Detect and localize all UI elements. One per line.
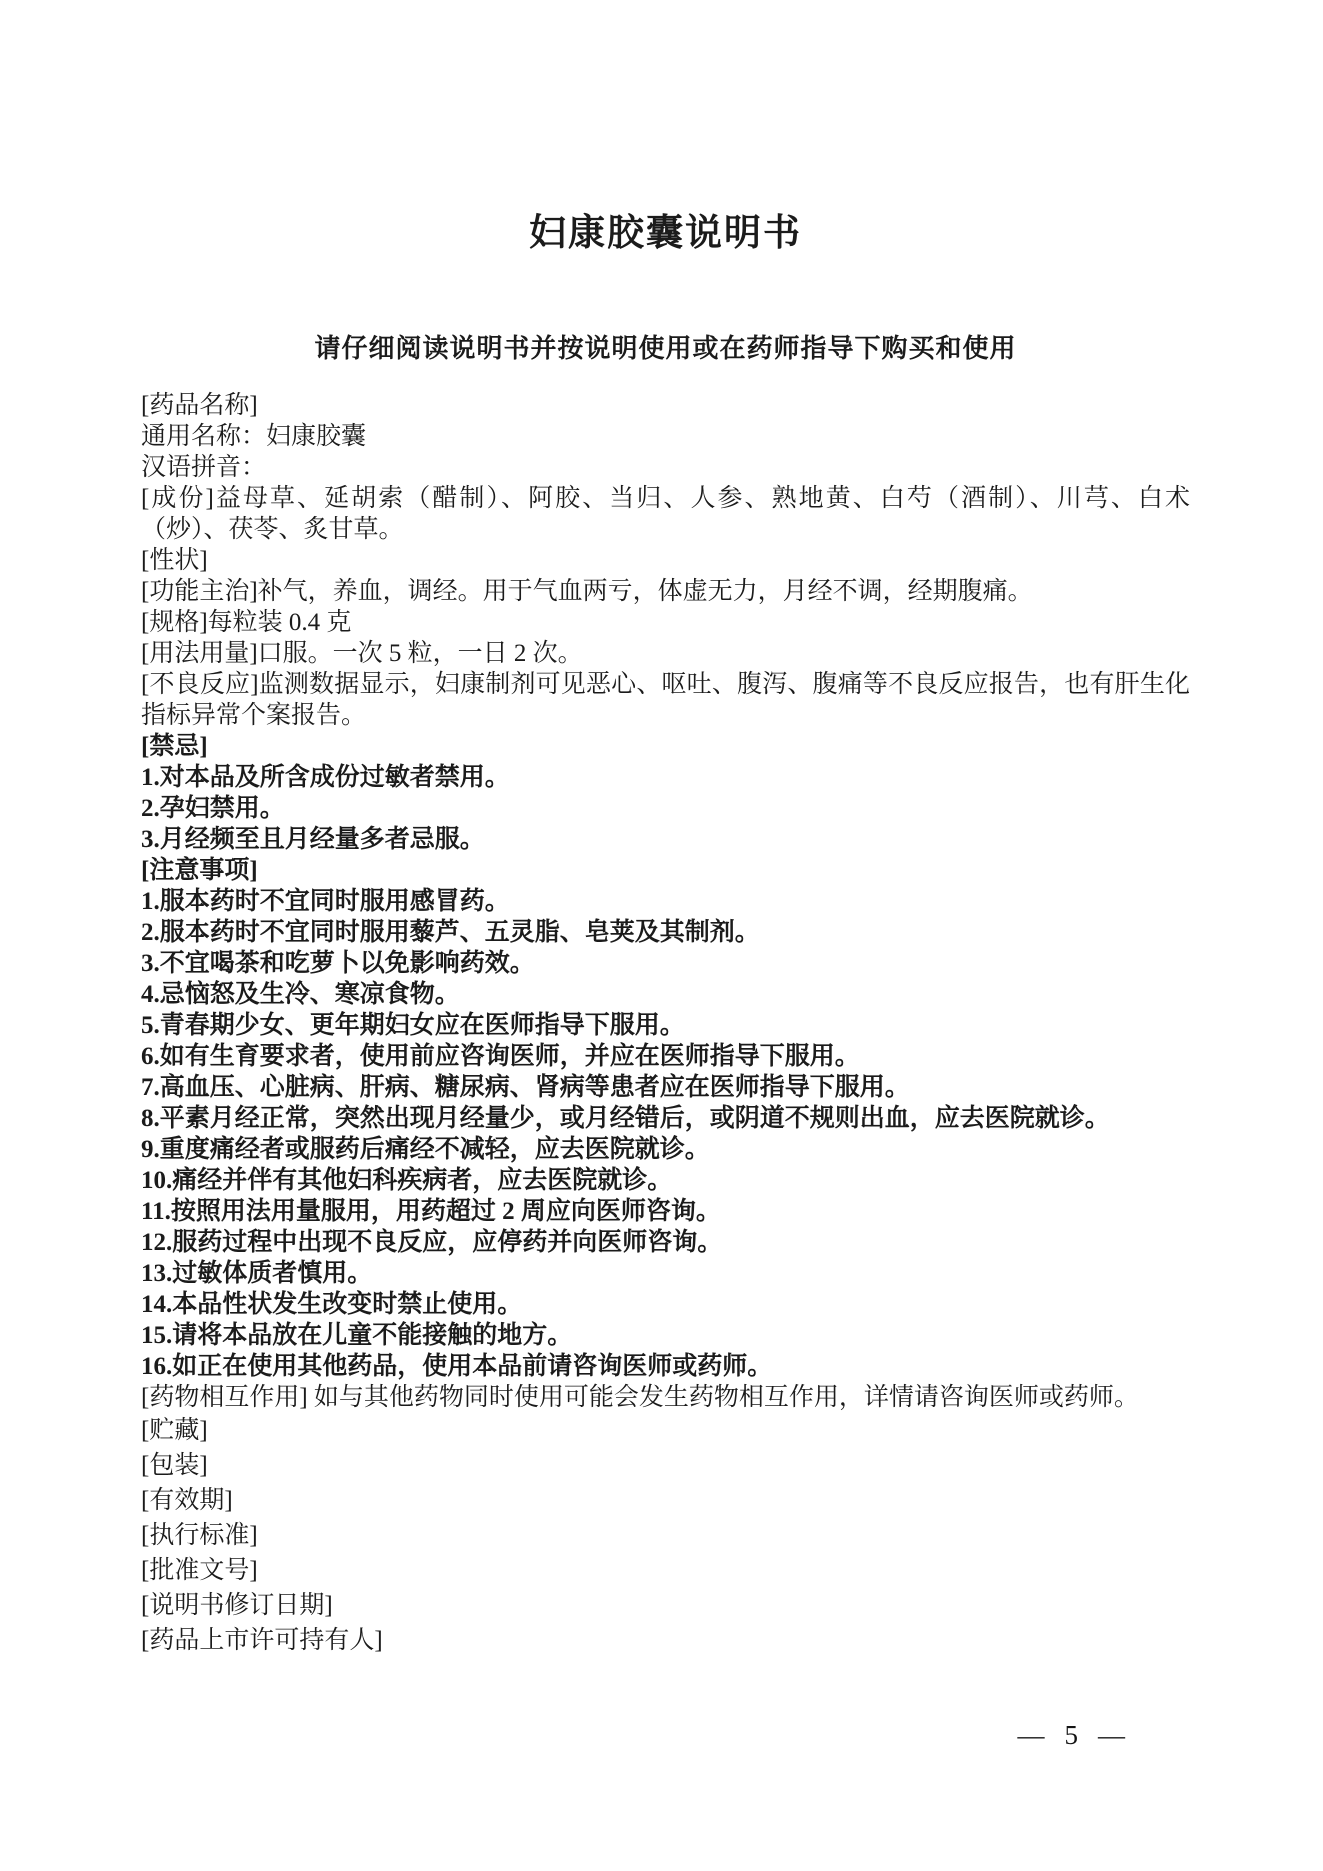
document-content: 妇康胶囊说明书 请仔细阅读说明书并按说明使用或在药师指导下购买和使用 [药品名称… [141,0,1190,1658]
paragraph-line: [说明书修订日期] [141,1588,1190,1623]
paragraph-line: [有效期] [141,1483,1190,1518]
document-subtitle: 请仔细阅读说明书并按说明使用或在药师指导下购买和使用 [141,332,1190,366]
paragraph-line: 12.服药过程中出现不良反应，应停药并向医师咨询。 [141,1227,1190,1258]
paragraph-line: 15.请将本品放在儿童不能接触的地方。 [141,1320,1190,1351]
paragraph-line: [执行标准] [141,1518,1190,1553]
paragraph-line: [药品上市许可持有人] [141,1623,1190,1658]
paragraph-line: 9.重度痛经者或服药后痛经不减轻，应去医院就诊。 [141,1134,1190,1165]
paragraph-line: [包装] [141,1448,1190,1483]
paragraph-line: [功能主治]补气，养血，调经。用于气血两亏，体虚无力，月经不调，经期腹痛。 [141,576,1190,607]
page-number: —5— [1018,1720,1126,1751]
page-number-right-dash: — [1098,1720,1125,1750]
document-body: [药品名称]通用名称：妇康胶囊汉语拼音：[成份]益母草、延胡索（醋制）、阿胶、当… [141,390,1190,1658]
paragraph-line: [药品名称] [141,390,1190,421]
paragraph-line: 16.如正在使用其他药品，使用本品前请咨询医师或药师。 [141,1351,1190,1382]
document-page: 妇康胶囊说明书 请仔细阅读说明书并按说明使用或在药师指导下购买和使用 [药品名称… [0,0,1323,1871]
paragraph-line: 10.痛经并伴有其他妇科疾病者，应去医院就诊。 [141,1165,1190,1196]
paragraph-line: 1.服本药时不宜同时服用感冒药。 [141,886,1190,917]
paragraph-line: 2.服本药时不宜同时服用藜芦、五灵脂、皂荚及其制剂。 [141,917,1190,948]
paragraph-line: [药物相互作用] 如与其他药物同时使用可能会发生药物相互作用，详情请咨询医师或药… [141,1382,1190,1413]
paragraph-line: 11.按照用法用量服用，用药超过 2 周应向医师咨询。 [141,1196,1190,1227]
paragraph-line: [规格]每粒装 0.4 克 [141,607,1190,638]
paragraph-line: 13.过敏体质者慎用。 [141,1258,1190,1289]
paragraph-line: 1.对本品及所含成份过敏者禁用。 [141,762,1190,793]
paragraph-line: 8.平素月经正常，突然出现月经量少，或月经错后，或阴道不规则出血，应去医院就诊。 [141,1103,1190,1134]
paragraph-line: 通用名称：妇康胶囊 [141,421,1190,452]
document-title: 妇康胶囊说明书 [141,210,1190,258]
paragraph-line: 3.月经频至且月经量多者忌服。 [141,824,1190,855]
page-number-left-dash: — [1018,1720,1045,1750]
paragraph-line: 4.忌恼怒及生冷、寒凉食物。 [141,979,1190,1010]
paragraph-line: [性状] [141,545,1190,576]
paragraph-line: [批准文号] [141,1553,1190,1588]
paragraph-line: 6.如有生育要求者，使用前应咨询医师，并应在医师指导下服用。 [141,1041,1190,1072]
paragraph-line: [不良反应]监测数据显示，妇康制剂可见恶心、呕吐、腹泻、腹痛等不良反应报告，也有… [141,669,1190,731]
paragraph-line: 2.孕妇禁用。 [141,793,1190,824]
paragraph-line: 7.高血压、心脏病、肝病、糖尿病、肾病等患者应在医师指导下服用。 [141,1072,1190,1103]
page-number-value: 5 [1065,1720,1079,1750]
paragraph-line: 5.青春期少女、更年期妇女应在医师指导下服用。 [141,1010,1190,1041]
paragraph-line: [用法用量]口服。一次 5 粒，一日 2 次。 [141,638,1190,669]
paragraph-line: 14.本品性状发生改变时禁止使用。 [141,1289,1190,1320]
paragraph-line: [贮藏] [141,1413,1190,1448]
paragraph-line: 3.不宜喝茶和吃萝卜以免影响药效。 [141,948,1190,979]
paragraph-line: [禁忌] [141,731,1190,762]
paragraph-line: [注意事项] [141,855,1190,886]
paragraph-line: [成份]益母草、延胡索（醋制）、阿胶、当归、人参、熟地黄、白芍（酒制）、川芎、白… [141,483,1190,545]
paragraph-line: 汉语拼音： [141,452,1190,483]
